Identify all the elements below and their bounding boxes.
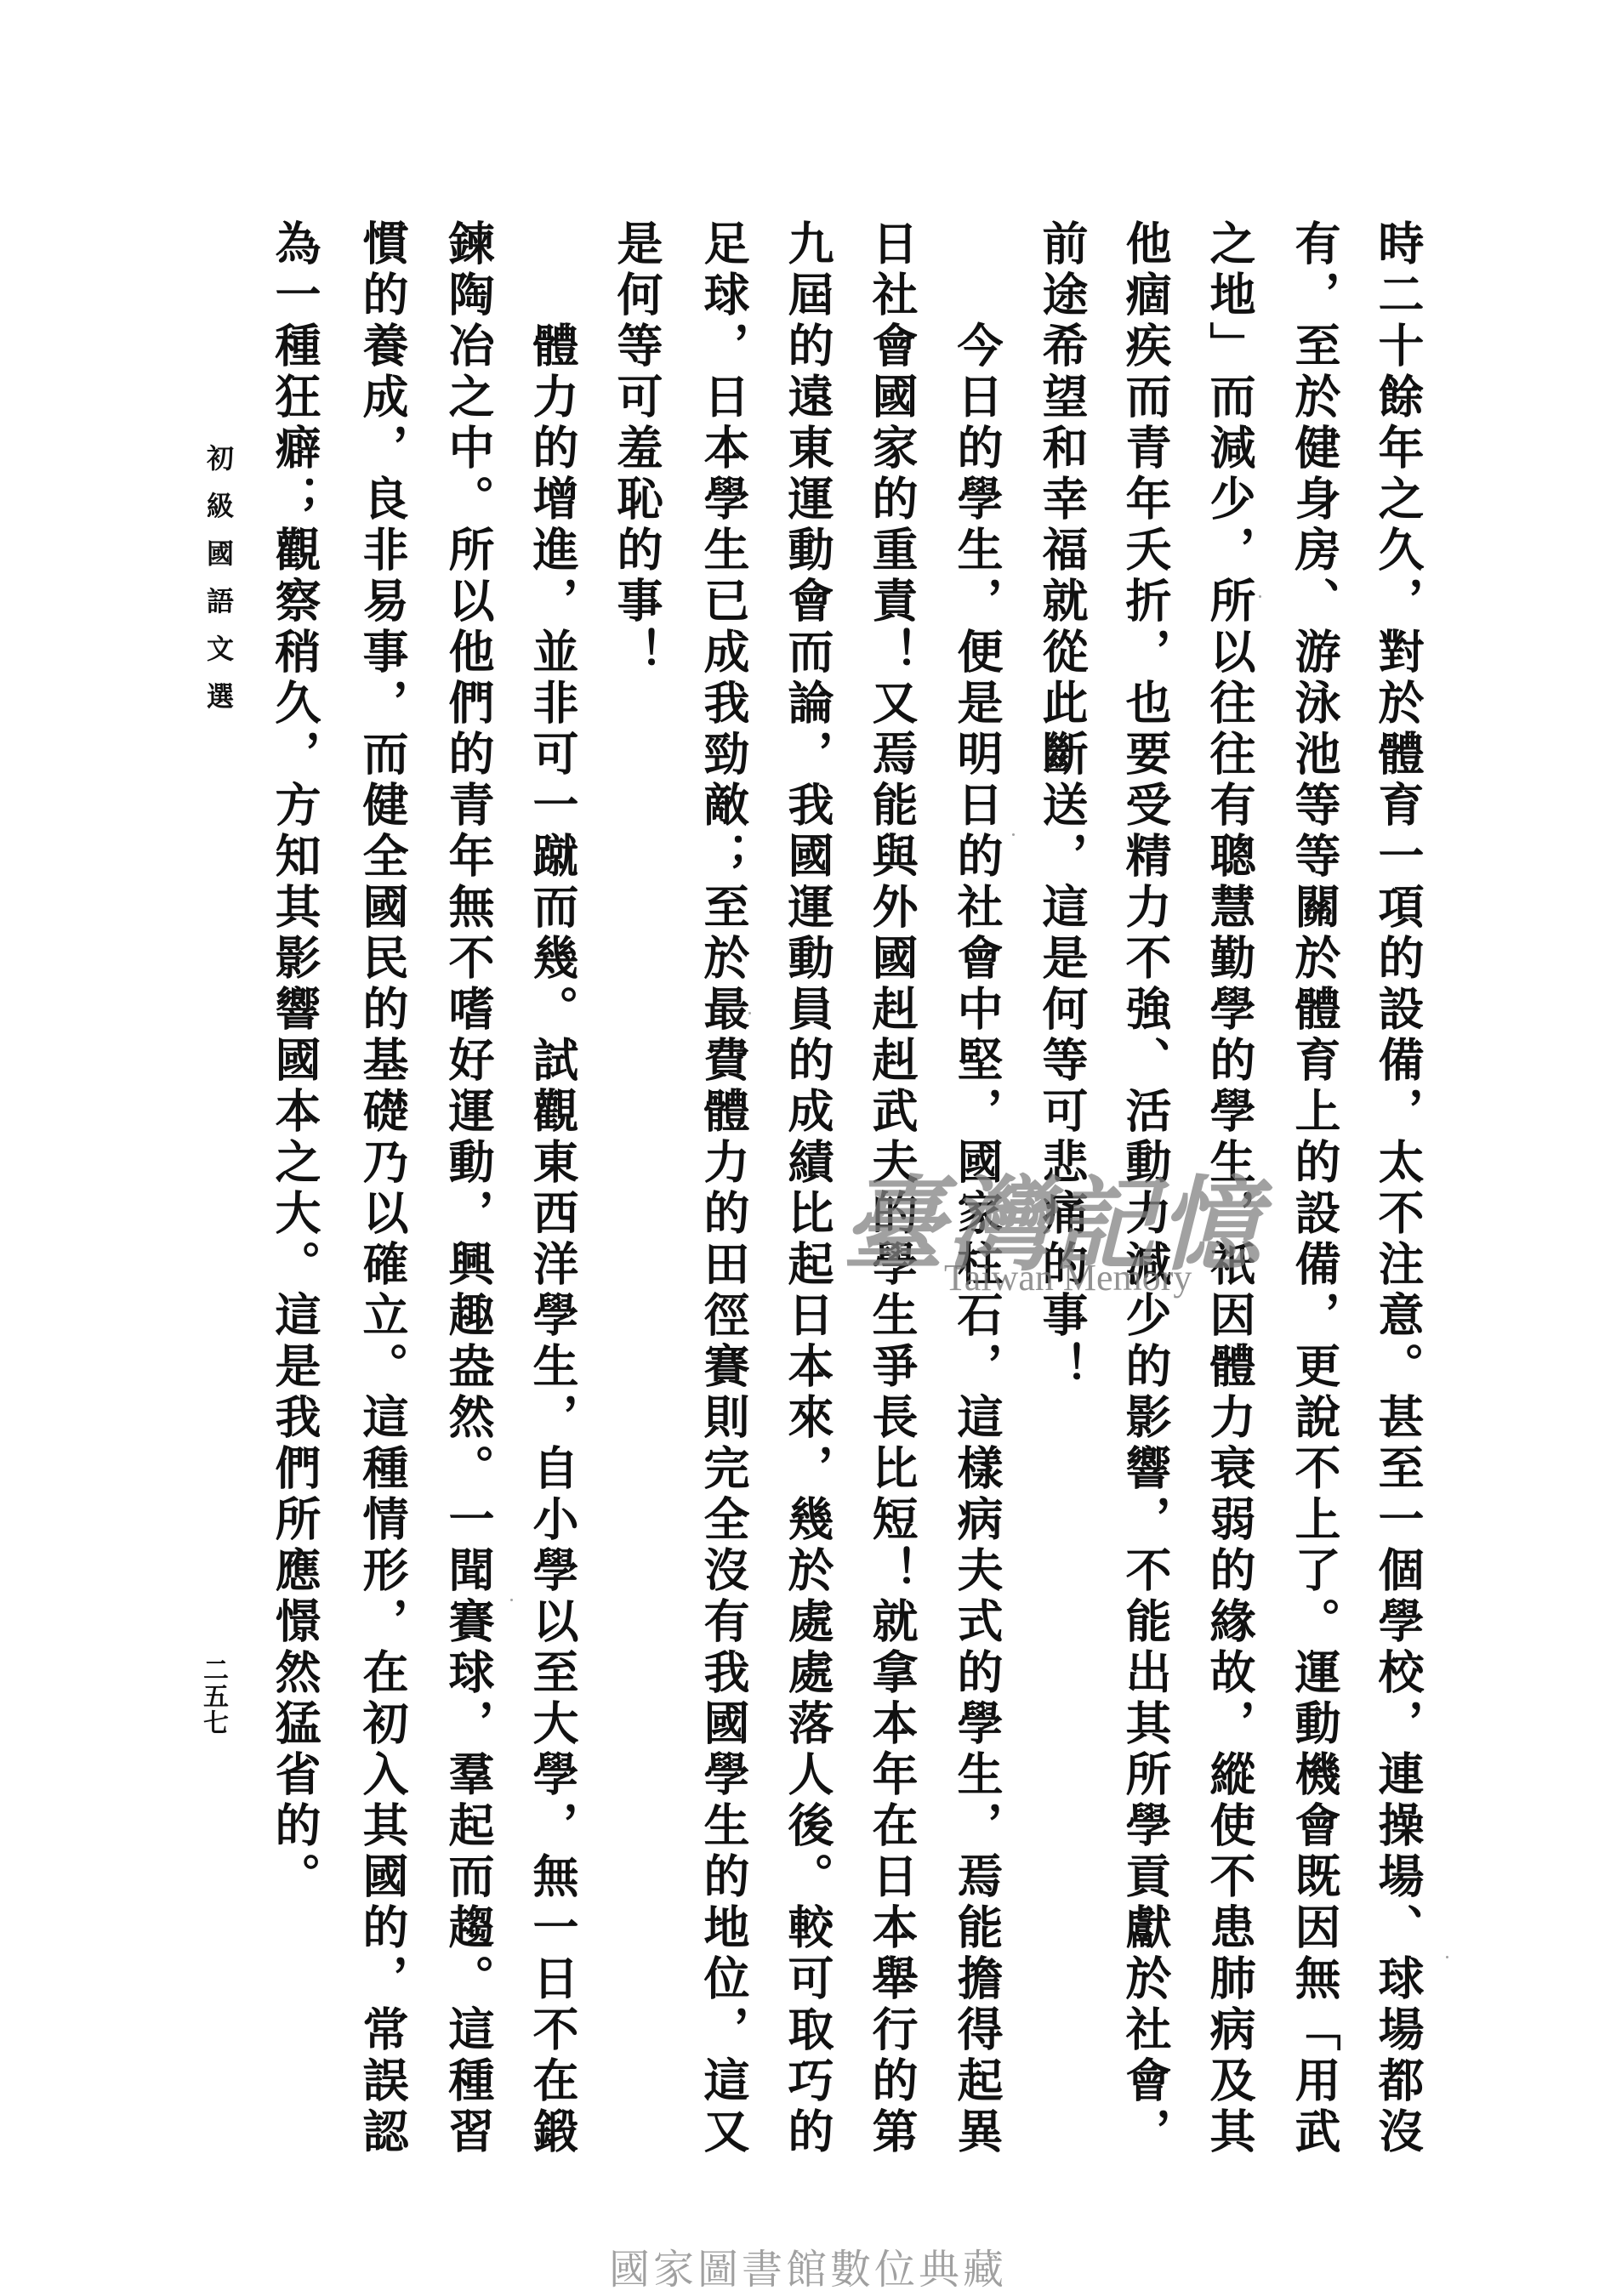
scan-speck [510, 1599, 513, 1601]
text-column-11: 體力的增進，並非可一蹴而幾。試觀東西洋學生，自小學以至大學，無一日不在鍛 [528, 219, 578, 2158]
scan-speck [1259, 595, 1261, 598]
text-column-12: 鍊陶冶之中。所以他們的青年無不嗜好運動，興趣盎然。一聞賽球，羣起而趨。這種習 [444, 219, 493, 2158]
running-header: 初級國語文選 [204, 444, 233, 730]
text-column-8: 九屆的遠東運動會而論，我國運動員的成績比起日本來，幾於處處落人後。較可取巧的 [783, 219, 833, 2158]
scan-speck [1012, 833, 1015, 836]
text-column-4: 他痼疾而青年夭折，也要受精力不強、活動力減少的影響，不能出其所學貢獻於社會， [1121, 219, 1170, 2158]
text-column-6: 今日的學生，便是明日的社會中堅，國家柱石，這樣病夫式的學生，焉能擔得起異 [953, 219, 1002, 2158]
scan-speck [1446, 1956, 1448, 1958]
text-column-5: 前途希望和幸福就從此斷送，這是何等可悲痛的事！ [1038, 219, 1087, 1393]
scanned-book-page: 時二十餘年之久，對於體育一項的設備，太不注意。甚至一個學校，連操場、球場都沒 有… [0, 0, 1616, 2296]
text-column-7: 日社會國家的重責！又焉能與外國赳赳武夫的學生爭長比短！就拿本年在日本舉行的第 [868, 219, 917, 2158]
text-column-13: 慣的養成，良非易事，而健全國民的基礎乃以確立。這種情形，在初入其國的，常誤認 [358, 219, 407, 2158]
page-number: 二五七 [199, 1657, 226, 1736]
text-column-14: 為一種狂癖；觀察稍久，方知其影響國本之大。這是我們所應憬然猛省的。 [270, 219, 320, 1903]
text-column-10: 是何等可羞恥的事！ [612, 219, 662, 679]
text-column-1: 時二十餘年之久，對於體育一項的設備，太不注意。甚至一個學校，連操場、球場都沒 [1374, 219, 1423, 2158]
text-column-9: 足球，日本學生已成我勁敵；至於最費體力的田徑賽則完全沒有我國學生的地位，這又 [699, 219, 748, 2158]
scan-speck [748, 1012, 751, 1014]
text-column-3: 之地」而減少，所以往往有聰慧勤學的學生，祇因體力衰弱的緣故，縱使不患肺病及其 [1205, 219, 1255, 2158]
text-column-2: 有，至於健身房、游泳池等等關於體育上的設備，更說不上了。運動機會既因無「用武 [1290, 219, 1340, 2158]
collection-footer: 國家圖書館數位典藏 [0, 2236, 1616, 2295]
